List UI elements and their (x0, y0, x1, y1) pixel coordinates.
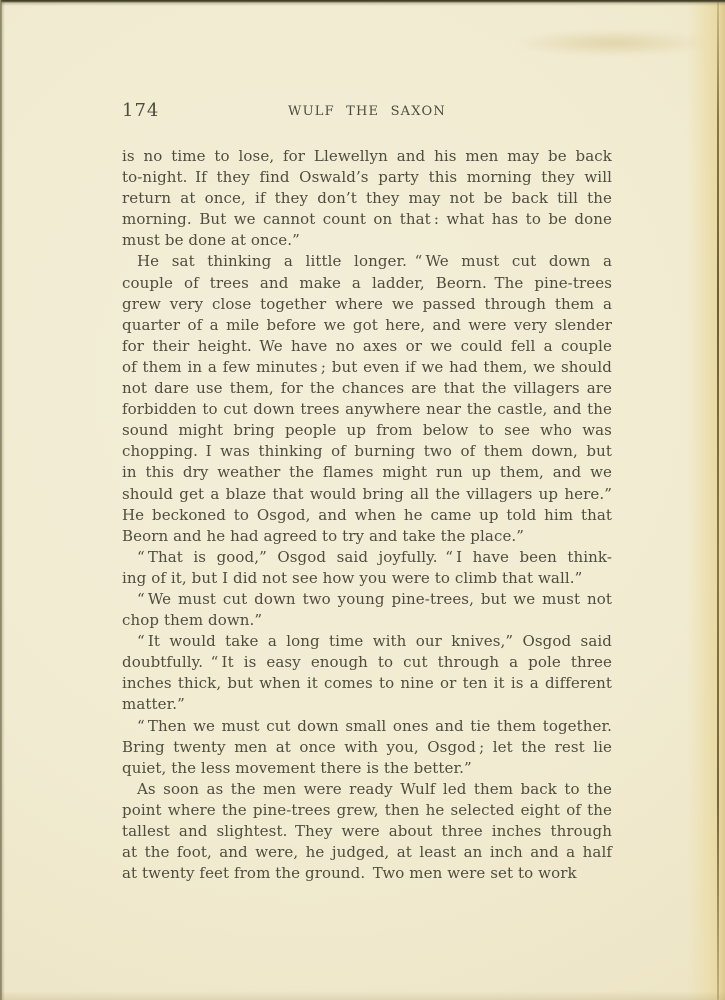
paragraph: He sat thinking a little longer. “ We mu… (122, 251, 612, 546)
text-line: point where the pine-trees grew, then he… (122, 800, 612, 821)
text-line: forbidden to cut down trees anywhere nea… (122, 399, 612, 420)
text-line: “ It would take a long time with our kni… (122, 631, 612, 652)
text-line: return at once, if they don’t they may n… (122, 188, 612, 209)
page-edge-left (0, 0, 5, 1000)
text-line: is no time to lose, for Llewellyn and hi… (122, 146, 612, 167)
text-line: matter.” (122, 694, 612, 715)
text-line: grew very close together where we passed… (122, 294, 612, 315)
text-line: tallest and slightest. They were about t… (122, 821, 612, 842)
paragraph: As soon as the men were ready Wulf led t… (122, 779, 612, 884)
book-page: 174 WULF THE SAXON is no time to lose, f… (0, 0, 725, 1000)
text-line: sound might bring people up from below t… (122, 420, 612, 441)
page-edge-right (687, 0, 725, 1000)
page-edge-bottom (0, 991, 725, 1000)
text-line: quarter of a mile before we got here, an… (122, 315, 612, 336)
text-line: “ We must cut down two young pine-trees,… (122, 589, 612, 610)
paragraph: “ It would take a long time with our kni… (122, 631, 612, 715)
text-line: must be done at once.” (122, 230, 612, 251)
text-line: chop them down.” (122, 610, 612, 631)
text-line: He sat thinking a little longer. “ We mu… (122, 251, 612, 272)
text-line: at twenty feet from the ground. Two men … (122, 863, 612, 884)
text-line: should get a blaze that would bring all … (122, 484, 612, 505)
text-line: quiet, the less movement there is the be… (122, 758, 612, 779)
page-header: 174 WULF THE SAXON (122, 100, 612, 122)
text-line: “ That is good,” Osgod said joyfully. “ … (122, 547, 612, 568)
text-line: for their height. We have no axes or we … (122, 336, 612, 357)
page-edge-crease (717, 0, 719, 1000)
running-title: WULF THE SAXON (122, 104, 612, 119)
text-line: in this dry weather the flames might run… (122, 462, 612, 483)
text-line: couple of trees and make a ladder, Beorn… (122, 273, 612, 294)
body-text: is no time to lose, for Llewellyn and hi… (122, 146, 612, 884)
text-line: not dare use them, for the chances are t… (122, 378, 612, 399)
text-line: Bring twenty men at once with you, Osgod… (122, 737, 612, 758)
text-line: to-night. If they find Oswald’s party th… (122, 167, 612, 188)
text-line: chopping. I was thinking of burning two … (122, 441, 612, 462)
paragraph: “ Then we must cut down small ones and t… (122, 716, 612, 779)
page-edge-streak (517, 30, 707, 56)
page-edge-top (0, 0, 725, 6)
page-content: 174 WULF THE SAXON is no time to lose, f… (122, 100, 612, 884)
text-line: As soon as the men were ready Wulf led t… (122, 779, 612, 800)
text-line: ing of it, but I did not see how you wer… (122, 568, 612, 589)
text-line: morning. But we cannot count on that : w… (122, 209, 612, 230)
text-line: inches thick, but when it comes to nine … (122, 673, 612, 694)
text-line: at the foot, and were, he judged, at lea… (122, 842, 612, 863)
text-line: “ Then we must cut down small ones and t… (122, 716, 612, 737)
text-line: of them in a few minutes ; but even if w… (122, 357, 612, 378)
text-line: doubtfully. “ It is easy enough to cut t… (122, 652, 612, 673)
text-line: Beorn and he had agreed to try and take … (122, 526, 612, 547)
paragraph: “ We must cut down two young pine-trees,… (122, 589, 612, 631)
paragraph: is no time to lose, for Llewellyn and hi… (122, 146, 612, 251)
text-line: He beckoned to Osgod, and when he came u… (122, 505, 612, 526)
paragraph: “ That is good,” Osgod said joyfully. “ … (122, 547, 612, 589)
